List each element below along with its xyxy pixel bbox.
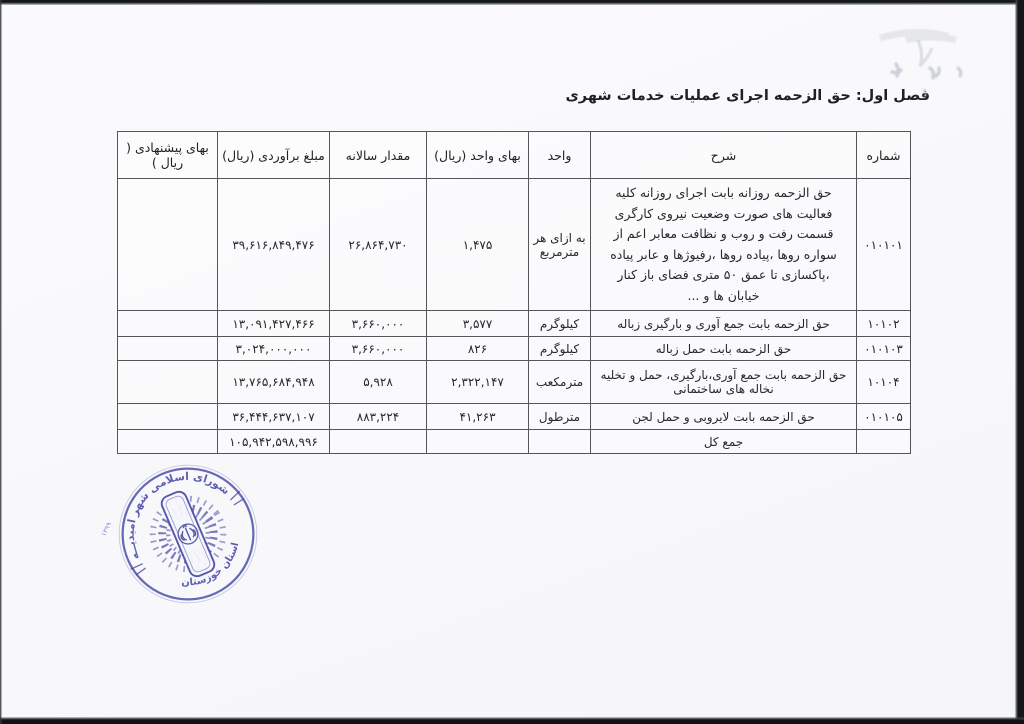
row-description: حق الزحمه بابت جمع آوری،بارگیری، حمل و ت… bbox=[591, 361, 857, 404]
row-proposed bbox=[118, 361, 218, 404]
scanned-document-page: فصل اول: حق الزحمه اجرای عملیات خدمات شه… bbox=[0, 0, 1024, 724]
scan-edge-bottom bbox=[0, 717, 1024, 724]
row-estimated: ۳۹,۶۱۶,۸۴۹,۴۷۶ bbox=[218, 179, 330, 311]
col-header-unit-price: بهای واحد (ریال) bbox=[427, 132, 529, 179]
row-number: ۱۰۱۰۴ bbox=[857, 361, 911, 404]
table-row: ۱۰۱۰۲ حق الزحمه بابت جمع آوری و بارگیری … bbox=[118, 311, 911, 337]
row-unit-price: ۸۲۶ bbox=[427, 337, 529, 361]
row-unit: کیلوگرم bbox=[529, 311, 591, 337]
row-proposed bbox=[118, 337, 218, 361]
stamp-year-fragment: ۱۳۹۹ bbox=[101, 521, 113, 538]
council-stamp: شورای اسلامی شهر امیدیــه استان خوزستان bbox=[101, 448, 275, 620]
row-description: حق الزحمه روزانه بابت اجرای روزانه کلیه … bbox=[591, 179, 857, 311]
row-unit-price: ۴۱,۲۶۳ bbox=[427, 404, 529, 430]
col-header-proposed: بهای پیشنهادی ( ریال ) bbox=[118, 132, 218, 179]
total-number-empty bbox=[857, 430, 911, 454]
row-estimated: ۳۶,۴۴۴,۶۳۷,۱۰۷ bbox=[218, 404, 330, 430]
row-annual-qty: ۸۸۳,۲۲۴ bbox=[330, 404, 427, 430]
row-annual-qty: ۵,۹۲۸ bbox=[330, 361, 427, 404]
scan-smudge bbox=[858, 6, 1008, 156]
table-row: ۰۱۰۱۰۱ حق الزحمه روزانه بابت اجرای روزان… bbox=[118, 179, 911, 311]
stamp-separator-left bbox=[131, 562, 146, 576]
table-header-row: شماره شرح واحد بهای واحد (ریال) مقدار سا… bbox=[118, 132, 911, 179]
row-unit-price: ۱,۴۷۵ bbox=[427, 179, 529, 311]
total-annual-empty bbox=[330, 430, 427, 454]
row-annual-qty: ۳,۶۶۰,۰۰۰ bbox=[330, 337, 427, 361]
table-row: ۰۱۰۱۰۵ حق الزحمه بابت لایروبی و حمل لجن … bbox=[118, 404, 911, 430]
table-row: ۰۱۰۱۰۳ حق الزحمه بابت حمل زباله کیلوگرم … bbox=[118, 337, 911, 361]
row-description: حق الزحمه بابت حمل زباله bbox=[591, 337, 857, 361]
total-unit-empty bbox=[529, 430, 591, 454]
row-unit: کیلوگرم bbox=[529, 337, 591, 361]
row-unit-price: ۲,۳۲۲,۱۴۷ bbox=[427, 361, 529, 404]
stamp-center-band bbox=[159, 489, 216, 578]
row-unit: مترمکعب bbox=[529, 361, 591, 404]
col-header-estimated: مبلغ برآوردی (ریال) bbox=[218, 132, 330, 179]
row-description: حق الزحمه بابت لایروبی و حمل لجن bbox=[591, 404, 857, 430]
col-header-unit: واحد bbox=[529, 132, 591, 179]
row-number: ۱۰۱۰۲ bbox=[857, 311, 911, 337]
total-unit-price-empty bbox=[427, 430, 529, 454]
total-label: جمع کل bbox=[591, 430, 857, 454]
row-estimated: ۱۳,۰۹۱,۴۲۷,۴۶۶ bbox=[218, 311, 330, 337]
row-unit-price: ۳,۵۷۷ bbox=[427, 311, 529, 337]
row-proposed bbox=[118, 404, 218, 430]
scan-edge-top bbox=[0, 0, 1024, 5]
scan-edge-right bbox=[1015, 0, 1024, 724]
row-number: ۰۱۰۱۰۳ bbox=[857, 337, 911, 361]
table-row: ۱۰۱۰۴ حق الزحمه بابت جمع آوری،بارگیری، ح… bbox=[118, 361, 911, 404]
row-number: ۰۱۰۱۰۵ bbox=[857, 404, 911, 430]
row-description: حق الزحمه بابت جمع آوری و بارگیری زباله bbox=[591, 311, 857, 337]
row-annual-qty: ۳,۶۶۰,۰۰۰ bbox=[330, 311, 427, 337]
row-proposed bbox=[118, 179, 218, 311]
col-header-description: شرح bbox=[591, 132, 857, 179]
row-proposed bbox=[118, 311, 218, 337]
row-estimated: ۱۳,۷۶۵,۶۸۴,۹۴۸ bbox=[218, 361, 330, 404]
row-number: ۰۱۰۱۰۱ bbox=[857, 179, 911, 311]
row-unit: مترطول bbox=[529, 404, 591, 430]
row-annual-qty: ۲۶,۸۶۴,۷۳۰ bbox=[330, 179, 427, 311]
col-header-annual-qty: مقدار سالانه bbox=[330, 132, 427, 179]
row-unit: به ازای هر مترمربع bbox=[529, 179, 591, 311]
row-estimated: ۳,۰۲۴,۰۰۰,۰۰۰ bbox=[218, 337, 330, 361]
fee-table: شماره شرح واحد بهای واحد (ریال) مقدار سا… bbox=[117, 131, 911, 454]
scan-edge-left bbox=[0, 0, 2, 724]
